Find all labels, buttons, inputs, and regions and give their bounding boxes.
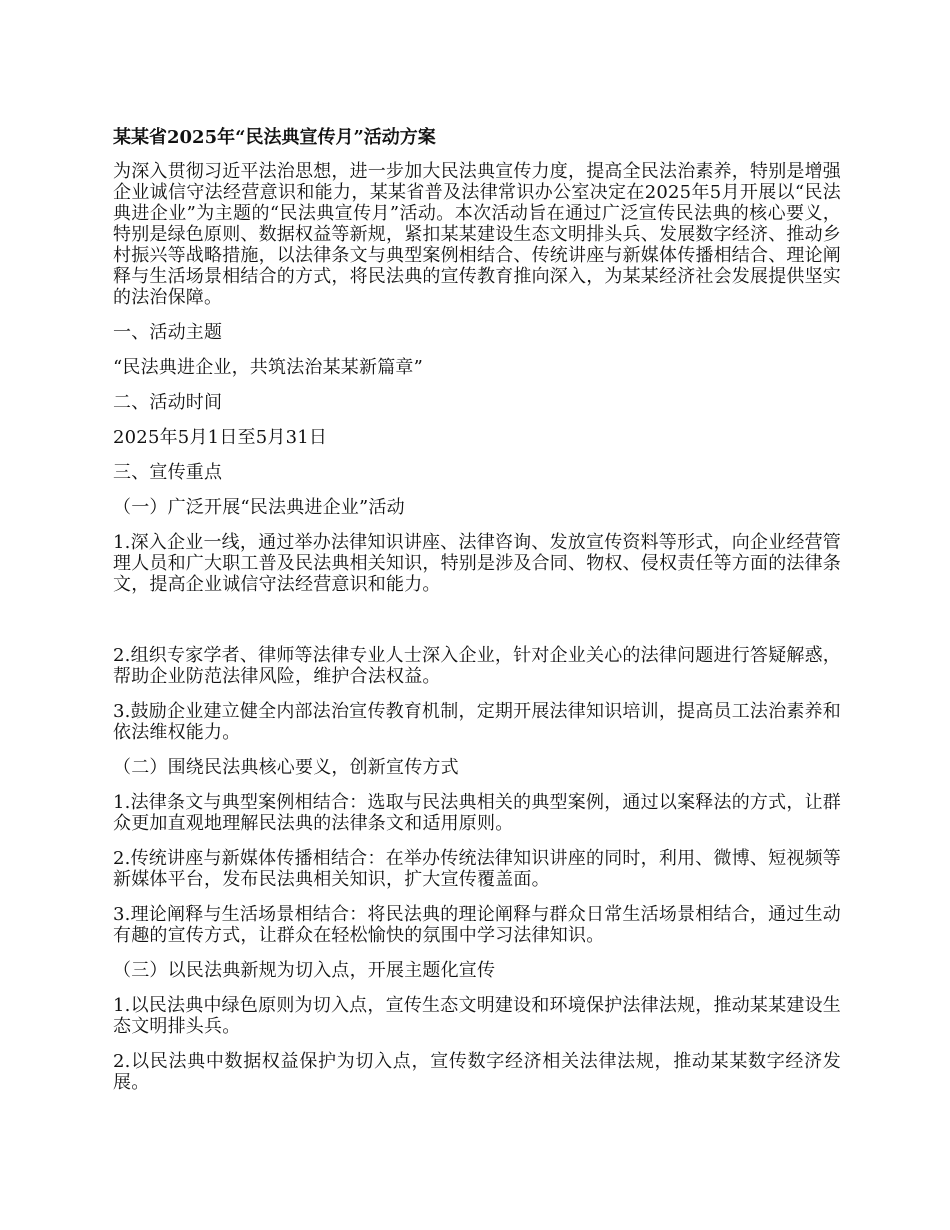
list-item: 3.理论阐释与生活场景相结合：将民法典的理论阐释与群众日常生活场景相结合，通过生… — [113, 904, 841, 946]
intro-paragraph: 为深入贯彻习近平法治思想，进一步加大民法典宣传力度，提高全民法治素养，特别是增强… — [113, 161, 841, 308]
section-heading-theme: 一、活动主题 — [113, 322, 841, 343]
subsection-heading-3: （三）以民法典新规为切入点，开展主题化宣传 — [113, 960, 841, 981]
section-heading-focus: 三、宣传重点 — [113, 462, 841, 483]
list-item: 1.法律条文与典型案例相结合：选取与民法典相关的典型案例，通过以案释法的方式，让… — [113, 792, 841, 834]
document-title: 某某省2025年“民法典宣传月”活动方案 — [113, 127, 841, 149]
list-item: 2.传统讲座与新媒体传播相结合：在举办传统法律知识讲座的同时，利用、微博、短视频… — [113, 848, 841, 890]
document-page: 某某省2025年“民法典宣传月”活动方案 为深入贯彻习近平法治思想，进一步加大民… — [113, 127, 841, 1107]
subsection-heading-2: （二）围绕民法典核心要义，创新宣传方式 — [113, 757, 841, 778]
list-item: 2.组织专家学者、律师等法律专业人士深入企业，针对企业关心的法律问题进行答疑解惑… — [113, 645, 841, 687]
list-item: 2.以民法典中数据权益保护为切入点，宣传数字经济相关法律法规，推动某某数字经济发… — [113, 1051, 841, 1093]
theme-slogan: “民法典进企业，共筑法治某某新篇章” — [113, 357, 841, 378]
list-item: 3.鼓励企业建立健全内部法治宣传教育机制，定期开展法律知识培训，提高员工法治素养… — [113, 701, 841, 743]
section-heading-time: 二、活动时间 — [113, 392, 841, 413]
list-item: 1.以民法典中绿色原则为切入点，宣传生态文明建设和环境保护法律法规，推动某某建设… — [113, 995, 841, 1037]
list-item: 1.深入企业一线，通过举办法律知识讲座、法律咨询、发放宣传资料等形式，向企业经营… — [113, 532, 841, 595]
blank-paragraph — [113, 609, 841, 630]
subsection-heading-1: （一）广泛开展“民法典进企业”活动 — [113, 497, 841, 518]
activity-dates: 2025年5月1日至5月31日 — [113, 427, 841, 448]
